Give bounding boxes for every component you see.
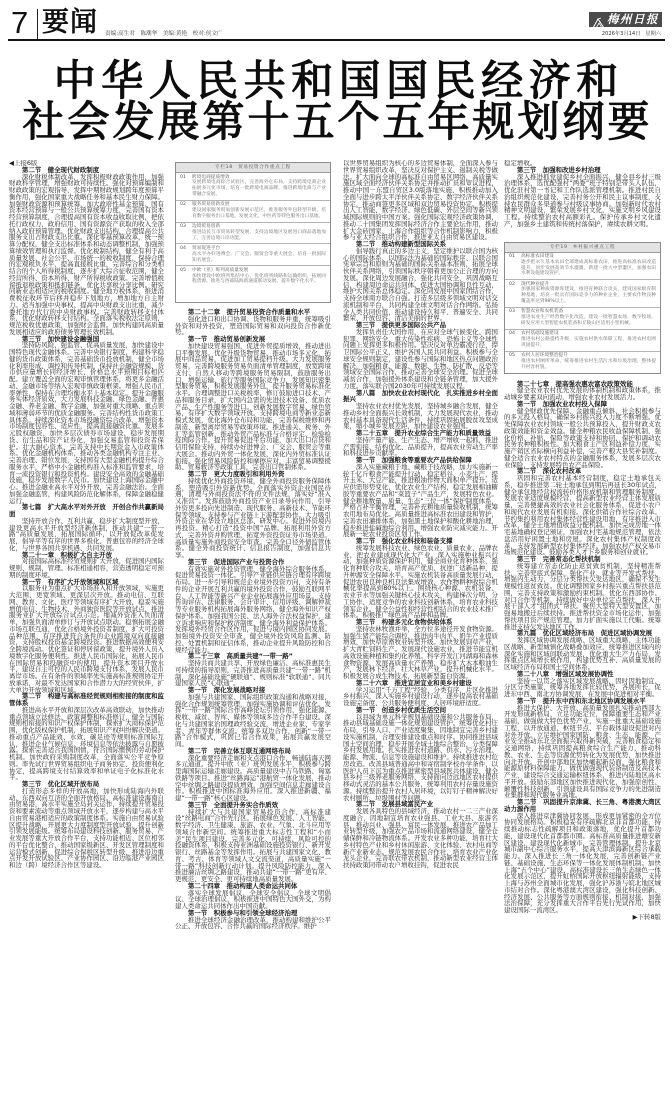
sidebar-box-rural: 专栏19 乡村振兴重点工程 01高标准农田建设 逐步把永久基本农田全部建成高标准… <box>504 242 661 374</box>
box-item-text: 建设国家服务贸易创新发展示范区，推进服务外包转型升级，培育数字服务出口基地，发展… <box>180 208 326 220</box>
box-item-text: 推进边民互市贸易转型发展，支持边境地区发展进口商品落地加工，完善边境口岸功能。 <box>180 230 326 242</box>
text-column-1: ◀上接6版 第二节 健全现代财政制度 深化财税体制改革，发挥积极财政政策作用，加… <box>9 160 164 1093</box>
box-item-text: 推进农村厕所革命，统筹推进农村生活污水和垃圾治理，整体提升村容村貌。 <box>509 359 656 371</box>
box-item: 04贸易促进平台 高水平办好进博会、广交会、服贸会等重大展会，培育一批国际知名展… <box>176 244 330 266</box>
box-item-number: 05 <box>180 268 192 274</box>
paragraph: 加强与共建国家、国际组织政策沟通和战略对接，强化合作规划统筹管理，加强实施协调和… <box>175 694 331 748</box>
paragraph: 深入实施藏粮于地、藏粮于技战略，加力实施新一轮千亿斤粮食产能提升行动，稳定稻谷、… <box>343 464 498 538</box>
box-item-number: 01 <box>180 175 192 181</box>
paragraph: 深化财税体制改革，发挥积极财政政策作用，加强财政科学管理，增强财政可持续性。强化… <box>9 174 164 336</box>
box-item-number: 02 <box>509 282 521 288</box>
paragraph-continued: 以世界贸易组织为核心的多边贸易体制，全面深入参与世界贸易组织改革，坚决反对保护主… <box>343 160 498 241</box>
newspaper-page: 7 要闻 责编:高生君 陈潮华 美编:黄艳 校对:侯文广 梅州日报 2026年3… <box>0 0 672 1100</box>
paragraph: 坚持产量产能、生产生态、增产增收一起抓，推进产需衔接、结构优化、品质提升，提高农… <box>343 437 498 457</box>
box-item-number: 03 <box>180 224 192 230</box>
paragraph: 巩固和完善农村基本经营制度，稳定土地承包关系，稳步推进第二轮土地承包到期后再延长… <box>504 475 661 556</box>
box-item-number: 01 <box>509 254 521 260</box>
paragraph: 推进高水平开放和深层次改革高效联动，加快推动重点领域立法修法、政策调整和标准修订… <box>9 707 164 781</box>
box-item-number: 04 <box>180 246 192 252</box>
paragraph: 坚持共商共建共享、开放绿色廉洁、高标准惠民生可持续的指导原则，完善推进高质量共建… <box>175 660 331 687</box>
paragraph: 深入推进京津冀协同发展，形成更加紧密的全方位协同发展格局。积极稳妥有序疏解北京非… <box>504 813 661 914</box>
paragraph: 发挥负责任大国作用，在应对全球气候变化、跨国犯罪、网络安全、重大传染性疾病、恐怖… <box>343 329 498 390</box>
continued-to-marker: ▶下转8版 <box>504 914 661 921</box>
part-heading: 第七篇 扩大高水平对外开放 开创合作共赢新局面 <box>9 504 164 518</box>
masthead-logo: 梅州日报 <box>589 12 662 27</box>
paragraph: 打造形态多样的开放高地，加快形成陆海内外联动、东西双向互济的全面开放格局。高标准… <box>9 788 164 869</box>
sidebar-box-title: 专栏19 乡村振兴重点工程 <box>505 243 660 253</box>
paragraph: 以县域为单元科学规划基础设施和公共服务布局，推动县域基础设施一体化规划建设管护。… <box>343 714 498 802</box>
box-item-text: 发展跨境电商综合试验区，完善海外仓布局，支持跨境电商企业拓展多元化市场，培育一批… <box>180 180 326 197</box>
box-item-text: 逐步把永久基本农田全部建成高标准农田，推进高标准农田改造提升，同步发展高效节水灌… <box>509 260 656 277</box>
box-item: 04农村基础设施建设 推进农村公路提档升级，实施农村供水保障工程，推进农村电网巩… <box>505 330 660 352</box>
box-item: 01跨境电商提质增效 发展跨境电商综合试验区，完善海外仓布局，支持跨境电商企业拓… <box>176 173 330 201</box>
paragraph: 对接国际高标准经贸规则扩大开放，促进国内国际规则、规制、管理、标准相通相容，营造… <box>9 558 164 578</box>
paragraph: 落实全球发展倡议、全球安全倡议、全球文明倡议、全球治理倡议，积极推进中国特色大国… <box>175 890 331 910</box>
paragraph: 坚持农业农村优先发展，坚持城乡融合发展，健全推动乡村全面振兴长效机制，大力发展现… <box>343 403 498 430</box>
paragraph: 健全财政优先保障、金融重点倾斜、社会积极参与的多元投入格局，确保乡村振兴投入力度… <box>504 408 661 469</box>
paragraph: 深化重要经济走廊和支点港口合作，畅通陆海天网多元通道。提升中欧（亚）班列发展水平… <box>175 755 331 802</box>
paragraph: 统筹发展科技农业、绿色农业、质量农业、品牌农业，把农业建成现代化大产业。深入实施… <box>343 545 498 619</box>
paragraph: 推进全球经济金融治理改革，推动构建和维护公平公正、开放包容、合作共赢的国际经济秩… <box>175 917 331 931</box>
box-item-text: 推进农村公路提档升级，实施农村供水保障工程，推进农村电网巩固提升。 <box>509 337 656 349</box>
paragraph: 推进大保护、大开放、高质量发展扎实推动西部大开发形成新格局，立足功能定位，保障重… <box>504 705 661 800</box>
part-heading: 第八篇 加快农业农村现代化 扎实推进乡村全面振兴 <box>343 390 498 404</box>
paragraph: 发展各具特色的县域经济，推动农村一二三产业深度融合，因地制宜培育农业强县、工业大… <box>343 808 498 869</box>
header-divider <box>37 9 38 39</box>
paragraph: 持续扩大与共建国家贸易投资合作，高标准建设“丝路电商”合作先行区。拓展绿色发展、… <box>175 809 331 883</box>
headline-line-1: 中华人民共和国国民经济和 <box>0 60 672 102</box>
box-item: 02服务贸易创新发展 建设国家服务贸易创新发展示范区，推进服务外包转型升级，培育… <box>176 201 330 223</box>
box-item-text: 推进农业生产经营数字化改造，建设一批智慧农场、数字牧场，研发应用大型智能农机装备… <box>509 315 656 327</box>
paragraph: 强化进口和出口协调、货物和服务并重，统筹吸引外资和对外投资，塑造国际贸易和双向投… <box>175 316 331 336</box>
issue-weekday: 星期六 <box>645 31 661 37</box>
text-column-3: 以世界贸易组织为核心的多边贸易体制，全面深入参与世界贸易组织改革，坚决反对保护主… <box>343 160 498 1093</box>
section-title: 要闻 <box>42 9 98 37</box>
paragraph: 持续优化外商投资环境，健全外商投资服务保障体系，塑造吸引外资新优势。全面落实外资… <box>175 478 331 559</box>
box-item-number: 02 <box>180 202 192 208</box>
paragraph: 以服务业为重点扩大市场准入和开放领域，实施更大范围、更宽领域、更深层次开放。推动… <box>9 585 164 693</box>
paragraph: 倡导践行真正的多边主义，坚定维护以联合国为核心的国际体系、以国际法为基础的国际秩… <box>343 248 498 322</box>
paragraph: 健全农业农村优先发展的体制机制和政策体系，推动城乡要素双向流动，增强农业农村发展… <box>504 387 661 401</box>
box-item: 01高标准农田建设 逐步把永久基本农田全部建成高标准农田，推进高标准农田改造提升… <box>505 253 660 281</box>
paragraph: 有效实施对外投资管理，健全海外综合服务体系，促进贸易投资一体化。引导产业链供应链… <box>175 566 331 654</box>
paragraph: 坚持开放合作、互利共赢，稳步扩大制度型开放，建设更高水平开放型经济新体制，推动共… <box>9 518 164 552</box>
headline-line-2: 社会发展第十五个五年规划纲要 <box>0 101 672 143</box>
text-column-2: 专栏18 贸易投资合作重点工程 01跨境电商提质增效 发展跨境电商综合试验区，完… <box>175 160 331 1093</box>
box-item-text: 高水平办好进博会、广交会、服贸会等重大展会，培育一批国际知名展会。 <box>180 252 326 264</box>
sidebar-box-title: 专栏18 贸易投资合作重点工程 <box>176 163 330 173</box>
box-item-label: 中欧（亚）班列高质量发展 <box>192 268 248 274</box>
box-item: 05中欧（亚）班列高质量发展 加快建设中欧班列集结中心，优化班列线路和运输组织，… <box>176 266 330 287</box>
text-column-4: 稳定增收。 第三节 加强和改进乡村治理 深入推进抓党建促乡村全面振兴，健全县乡村… <box>504 160 661 1093</box>
editor-byline: 责编:高生君 陈潮华 美编:黄艳 校对:侯文广 <box>105 31 223 37</box>
box-item-label: 贸易促进平台 <box>192 246 220 252</box>
paragraph: 加快建设贸易强国，促进外贸提质增效，推动进出口平衡发展。优化升级货物贸易，推动市… <box>175 343 331 471</box>
paragraph: 发挥区域协调发展战略、区域重大战略、主体功能区战略、新型城镇化战略叠加效应，统筹… <box>504 637 661 671</box>
box-item: 03边境贸易创新 推进边民互市贸易转型发展，支持边境地区发展进口商品落地加工，完… <box>176 223 330 245</box>
paragraph: 学习运用“千万工程”经验，分类有序、片区化推进乡村振兴，深入实施乡村建设行动，逐… <box>343 687 498 707</box>
box-item: 05农村人居环境整治提升 推进农村厕所革命，统筹推进农村生活污水和垃圾治理，整体… <box>505 352 660 373</box>
masthead-name: 梅州日报 <box>607 12 659 27</box>
issue-date: 2026年3月14日 <box>602 31 641 37</box>
section-heading: 第二节 巩固提升京津冀、长三角、粤港澳大湾区动力源作用 <box>504 799 661 813</box>
box-item-label: 高标准农田建设 <box>521 254 554 260</box>
paragraph: 坚持一以贯之落实区域发展战略，因时因地制宜、分区分类施策，统筹各地发挥比较优势、… <box>504 678 661 698</box>
box-item: 03智慧农业和农机装备 推进农业生产经营数字化改造，建设一批智慧农场、数字牧场，… <box>505 308 660 330</box>
paragraph: 统筹建立常态化防止返贫致贫机制，坚持精准帮扶，完善兜底式保障，强化产业、就业等开… <box>504 563 661 631</box>
paragraph: 坚持农林牧渔并举，全方位多途径开发食物资源。加强生猪产能综合调控，推进肉牛肉羊、… <box>343 626 498 680</box>
box-item-number: 05 <box>509 353 521 359</box>
section-heading: 第二节 构建与高标准经贸规则相衔接的制度和监管体系 <box>9 693 164 707</box>
dateline: 2026年3月14日星期六 <box>602 31 661 37</box>
box-item-text: 加快建设中欧班列集结中心，优化班列线路和运输组织，拓展回程货源，推进与西部陆海新… <box>180 274 326 286</box>
paragraph: 坚持防风险、强监管、促高质量发展，加快建设中国特色现代金融体系。完善中央银行制度… <box>9 342 164 504</box>
page-number: 7 <box>11 7 28 38</box>
newspaper-logo-icon <box>592 14 605 26</box>
box-item-number: 03 <box>509 309 521 315</box>
sidebar-box-trade: 专栏18 贸易投资合作重点工程 01跨境电商提质增效 发展跨境电商综合试验区，完… <box>175 162 331 303</box>
box-item-number: 04 <box>509 331 521 337</box>
header-rule <box>8 39 665 41</box>
paragraph: 深入推进抓党建促乡村全面振兴，健全县乡村三级治理体系，选优配强村“两委”班子特别… <box>504 174 661 228</box>
box-item: 02现代种业提升 加强国家种质资源库建设，推进育种联合攻关，建设国家级育制种基地… <box>505 280 660 308</box>
box-item-text: 加强国家种质资源库建设，推进育种联合攻关，建设国家级育制种基地，培育一批具有国际… <box>509 287 656 304</box>
